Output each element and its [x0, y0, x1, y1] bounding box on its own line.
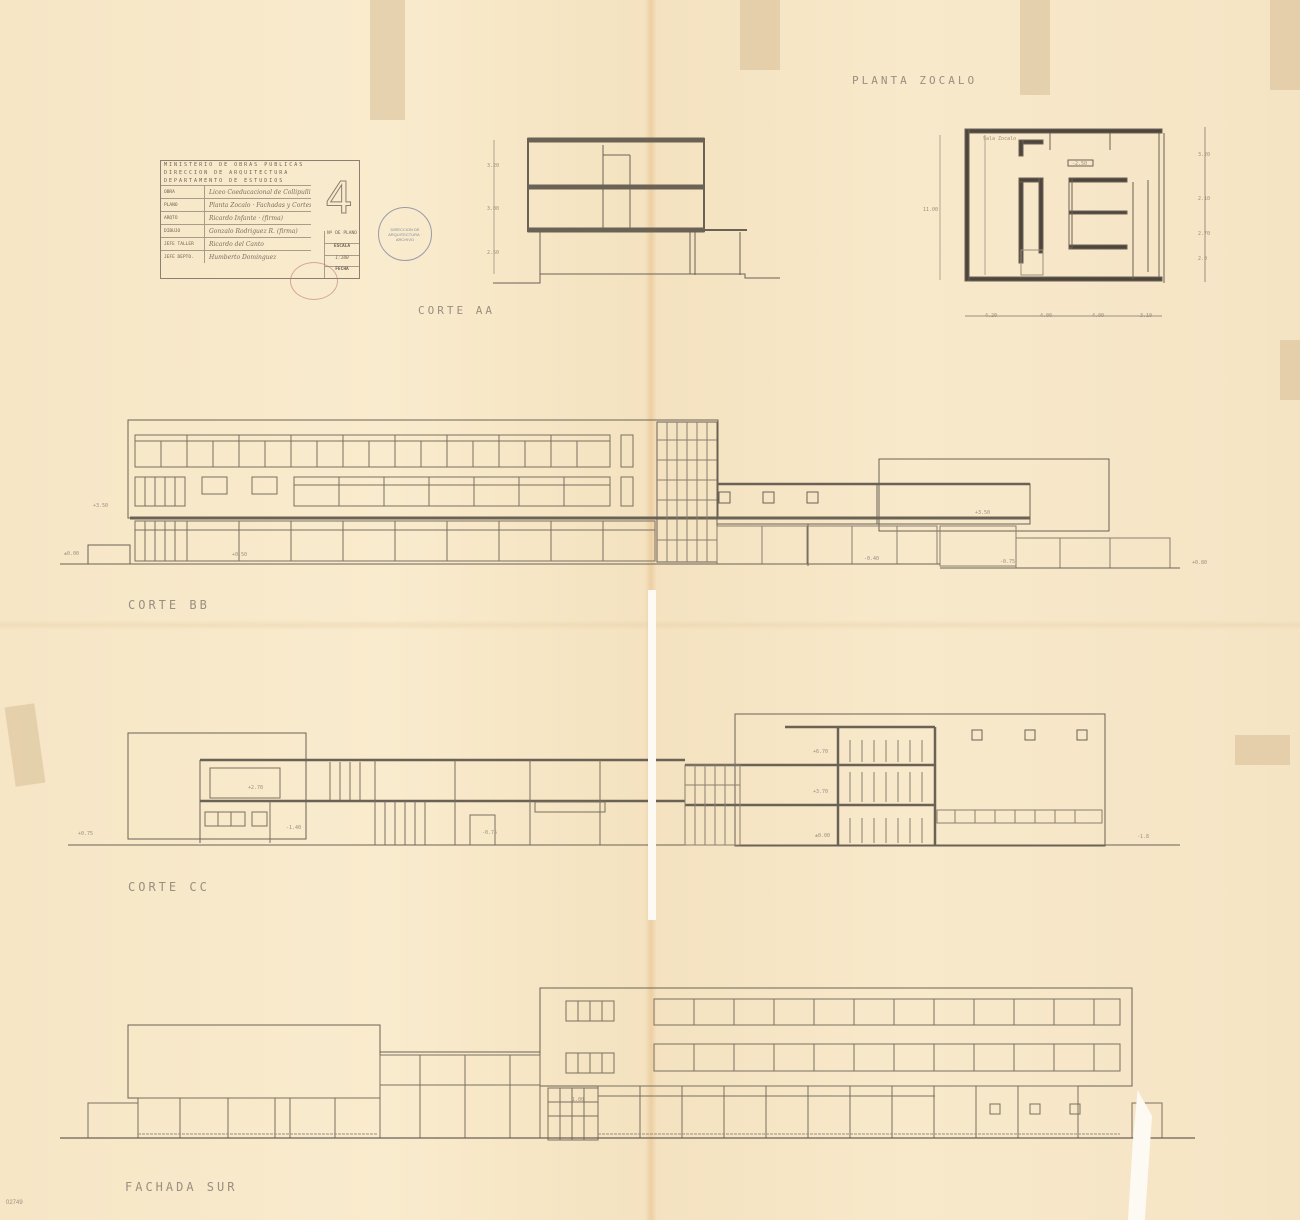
south-facade-title: FACHADA SUR — [125, 1180, 237, 1194]
floor-plan-drawing — [940, 127, 1205, 316]
section-aa-title: CORTE AA — [418, 304, 495, 317]
section-aa-dim: 2.50 — [487, 250, 499, 256]
plan-dim: 4.00 — [1040, 313, 1052, 319]
plan-dim: 3.10 — [1140, 313, 1152, 319]
section-cc-title: CORTE CC — [128, 880, 210, 894]
section-bb-title: CORTE BB — [128, 598, 210, 612]
section-bb-drawing — [60, 420, 1180, 568]
level-mark: -1.8 — [1137, 834, 1149, 840]
south-facade-drawing — [60, 988, 1195, 1140]
reference-mark: 02749 — [6, 1200, 23, 1206]
level-mark: ±0.00 — [815, 833, 830, 839]
plan-level: -2.50 — [1072, 161, 1087, 167]
tile-label: 1.00 — [572, 1097, 584, 1103]
plan-dim: 2.70 — [1198, 231, 1210, 237]
level-mark: ±0.00 — [64, 551, 79, 557]
level-mark: +3.50 — [93, 503, 108, 509]
section-aa-dim: 3.00 — [487, 206, 499, 212]
plan-dim: 3.20 — [1198, 152, 1210, 158]
plan-dim: 11.00 — [923, 207, 938, 213]
paper-tear — [648, 590, 656, 920]
level-mark: +6.70 — [813, 749, 828, 755]
level-mark: +3.50 — [975, 510, 990, 516]
plan-dim: 4.00 — [1092, 313, 1104, 319]
level-mark: +2.70 — [248, 785, 263, 791]
level-mark: +0.80 — [1192, 560, 1207, 566]
level-mark: -0.75 — [482, 830, 497, 836]
level-mark: -0.40 — [864, 556, 879, 562]
section-aa-dim: 3.20 — [487, 163, 499, 169]
room-label: Sala Zocalo — [983, 136, 1016, 142]
level-mark: +0.50 — [232, 552, 247, 558]
level-mark: -1.40 — [286, 825, 301, 831]
plan-dim: 2.0 — [1198, 256, 1207, 262]
level-mark: -0.75 — [1000, 559, 1015, 565]
level-mark: +3.70 — [813, 789, 828, 795]
plan-dim: 2.10 — [1198, 196, 1210, 202]
section-aa-drawing — [493, 138, 780, 283]
plan-dim: 4.20 — [985, 313, 997, 319]
plan-title: PLANTA ZOCALO — [852, 74, 977, 87]
level-mark: +0.75 — [78, 831, 93, 837]
section-cc-drawing — [68, 714, 1180, 846]
